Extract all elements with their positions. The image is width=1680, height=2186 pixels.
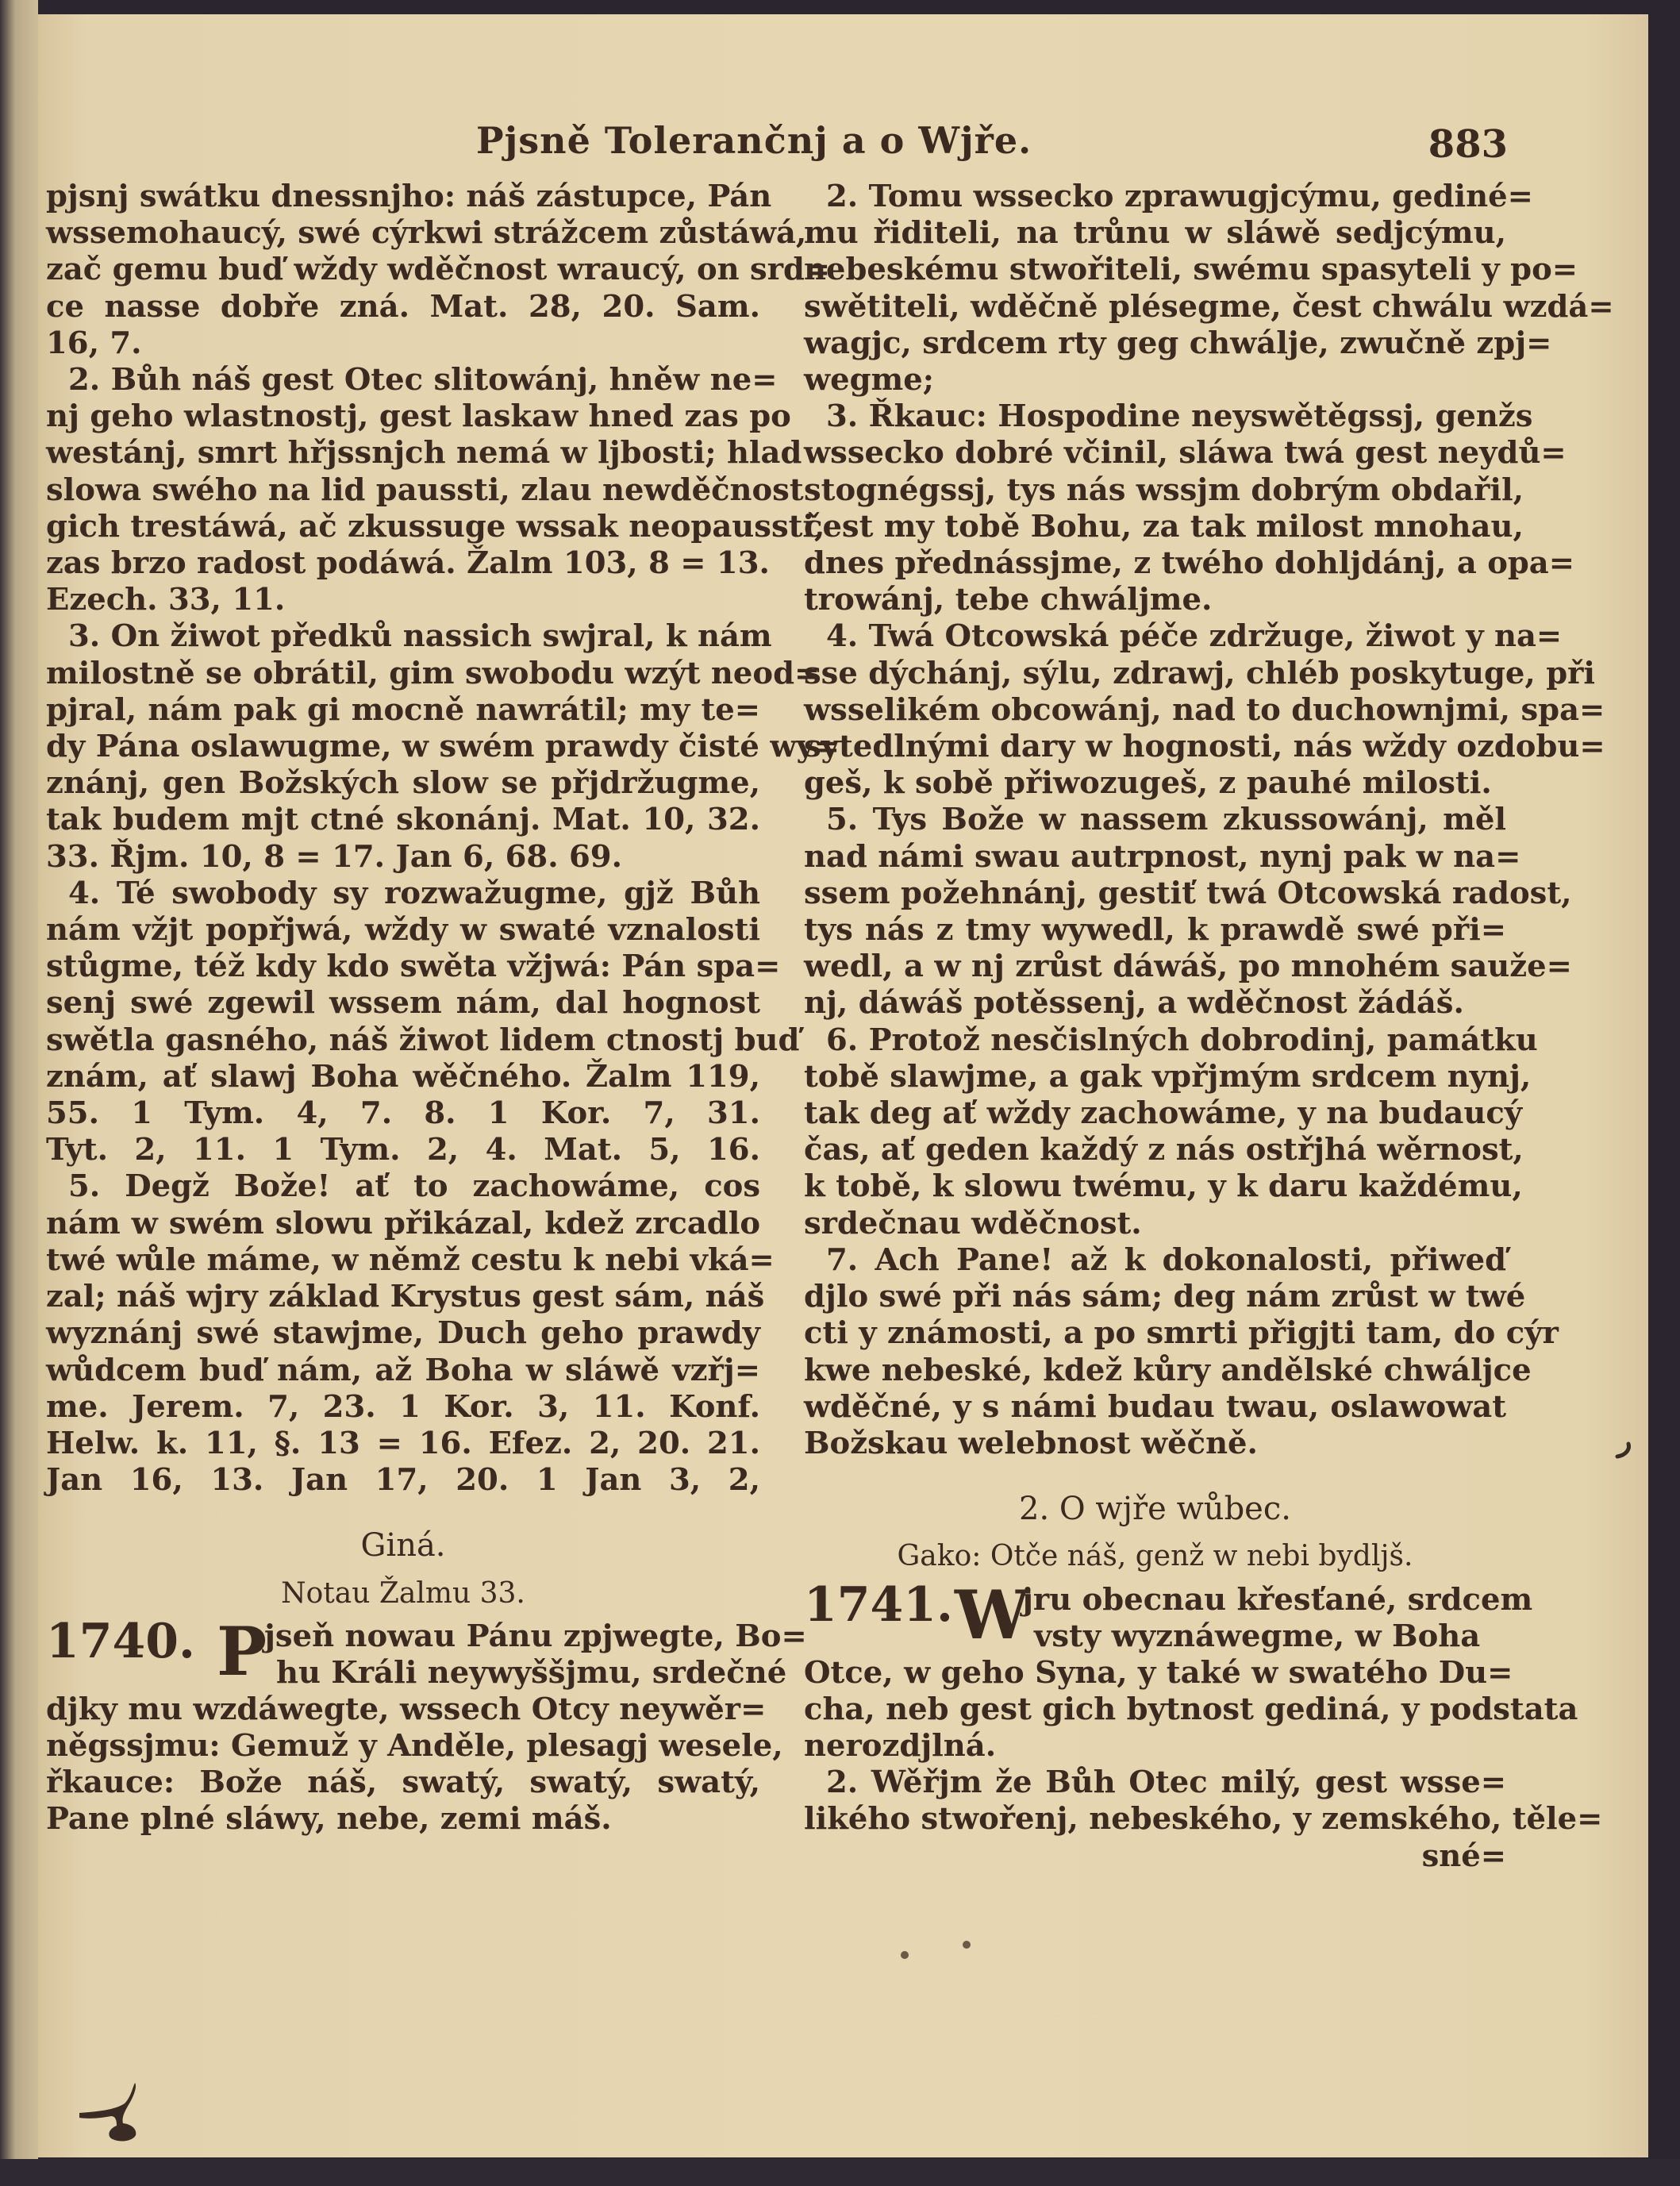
text-line: kwe nebeské, kdež kůry andělské chwáljce: [804, 1353, 1506, 1389]
hymn-number: 1740.: [46, 1623, 195, 1660]
text-line: vsty wyznáwegme, w Boha: [1034, 1618, 1506, 1655]
text-line: sse dýchánj, sýlu, zdrawj, chléb poskytu…: [804, 656, 1506, 692]
verse-4: 4. Té swobody sy rozwažugme, gjž Bůh nám…: [46, 876, 760, 1169]
text-line: 6. Protož nesčislných dobrodinj, památku: [804, 1022, 1506, 1059]
text-line: trowánj, tebe chwáljme.: [804, 582, 1506, 618]
text-line: tys nás z tmy wywedl, k prawdě swé při=: [804, 912, 1506, 949]
text-line: 55. 1 Tym. 4, 7. 8. 1 Kor. 7, 31.: [46, 1095, 760, 1132]
text-line: tak deg ať wždy zachowáme, y na budaucý: [804, 1095, 1506, 1132]
text-line: jseň nowau Pánu zpjwegte, Bo=: [264, 1618, 760, 1655]
verse-5: 5. Degž Bože! ať to zachowáme, cos nám w…: [46, 1168, 760, 1499]
text-line: dnes přednássjme, z twého dohljdánj, a o…: [804, 545, 1506, 582]
text-line: Tyt. 2, 11. 1 Tym. 2, 4. Mat. 5, 16.: [46, 1132, 760, 1168]
right-column: 2. Tomu wssecko zprawugjcýmu, gediné= mu…: [804, 179, 1506, 1875]
verse-6: 6. Protož nesčislných dobrodinj, památku…: [804, 1022, 1506, 1242]
ink-speck: [901, 1951, 909, 1959]
text-line: čas, ať geden každý z nás ostřjhá wěrnos…: [804, 1132, 1506, 1168]
text-line: westánj, smrt hřjssnjch nemá w ljbosti; …: [46, 435, 760, 471]
text-line: něgssjmu: Gemuž y Anděle, plesagj wesele…: [46, 1728, 760, 1765]
verse-2: 2. Tomu wssecko zprawugjcýmu, gediné= mu…: [804, 179, 1506, 398]
text-line: 2. Bůh náš gest Otec slitowánj, hněw ne=: [46, 362, 760, 398]
ink-speck: [963, 1941, 971, 1949]
text-line: Jan 16, 13. Jan 17, 20. 1 Jan 3, 2,: [46, 1462, 760, 1499]
text-line: dy Pána oslawugme, w swém prawdy čisté w…: [46, 729, 760, 765]
text-line: senj swé zgewil wssem nám, dal hognost: [46, 985, 760, 1022]
text-line: Helw. k. 11, §. 13 = 16. Efez. 2, 20. 21…: [46, 1426, 760, 1462]
text-line: wyznánj swé stawjme, Duch geho prawdy: [46, 1315, 760, 1352]
text-line: tak budem mjt ctné skonánj. Mat. 10, 32.: [46, 802, 760, 838]
section-title: Giná.: [46, 1527, 760, 1564]
ink-blot-mark: [75, 2080, 155, 2151]
text-line: pjsnj swátku dnessnjho: náš zástupce, Pá…: [46, 179, 760, 215]
text-line: mu řiditeli, na trůnu w sláwě sedjcýmu,: [804, 215, 1506, 252]
text-line: k tobě, k slowu twému, y k daru každému,: [804, 1168, 1506, 1205]
hymn-number: 1741.: [804, 1587, 953, 1623]
text-line: 3. Řkauc: Hospodine neyswětěgssj, genžs: [804, 398, 1506, 435]
text-line: 7. Ach Pane! až k dokonalosti, přiweď: [804, 1242, 1506, 1279]
text-line: swětiteli, wděčně plésegme, čest chwálu …: [804, 289, 1506, 325]
text-line: stůgme, též kdy kdo swěta vžjwá: Pán spa…: [46, 949, 760, 985]
verse-5: 5. Tys Bože w nassem zkussowánj, měl nad…: [804, 802, 1506, 1022]
tune-indication: Notau Žalmu 33.: [46, 1576, 760, 1612]
text-line: zas brzo radost podáwá. Žalm 103, 8 = 13…: [46, 545, 760, 582]
text-line: cha, neb gest gich bytnost gediná, y pod…: [804, 1691, 1506, 1728]
bottom-background-edge: [0, 2159, 1680, 2186]
text-line: wděčné, y s námi budau twau, oslawowat: [804, 1389, 1506, 1426]
text-line: 5. Tys Bože w nassem zkussowánj, měl: [804, 802, 1506, 838]
catchword: sné=: [804, 1838, 1506, 1875]
hymn-1741: 1741. W jru obecnau křesťané, srdcem vst…: [804, 1582, 1506, 1875]
page-header: Pjsně Tolerančnj a o Wjře. 883: [476, 119, 1508, 175]
text-line: wagjc, srdcem rty geg chwálje, zwučně zp…: [804, 325, 1506, 362]
text-line: wssemohaucý, swé cýrkwi strážcem zůstáwá…: [46, 215, 760, 252]
continuation-text: pjsnj swátku dnessnjho: náš zástupce, Pá…: [46, 179, 760, 362]
right-background-edge: [1648, 0, 1680, 2186]
drop-cap: W: [955, 1582, 1029, 1649]
text-line: twé wůle máme, w němž cestu k nebi vká=: [46, 1242, 760, 1279]
hymn-1740: 1740. P jseň nowau Pánu zpjwegte, Bo= hu…: [46, 1618, 760, 1838]
verse-3: 3. On žiwot předků nassich swjral, k nám…: [46, 618, 760, 875]
running-title: Pjsně Tolerančnj a o Wjře.: [476, 119, 1032, 162]
text-line: wssecko dobré včinil, sláwa twá gest ney…: [804, 435, 1506, 471]
verse-7: 7. Ach Pane! až k dokonalosti, přiweď dj…: [804, 1242, 1506, 1462]
pen-stroke-mark: [1611, 1441, 1635, 1464]
left-column: pjsnj swátku dnessnjho: náš zástupce, Pá…: [46, 179, 760, 1838]
text-line: zal; náš wjry základ Krystus gest sám, n…: [46, 1279, 760, 1315]
text-line: 3. On žiwot předků nassich swjral, k nám: [46, 618, 760, 655]
hymn-opening: 1741. W jru obecnau křesťané, srdcem vst…: [804, 1582, 1506, 1655]
text-line: swětla gasného, náš žiwot lidem ctnostj …: [46, 1022, 760, 1059]
section-title: 2. O wjře wůbec.: [804, 1491, 1506, 1527]
text-line: 16, 7.: [46, 325, 760, 362]
text-line: 5. Degž Bože! ať to zachowáme, cos: [46, 1168, 760, 1205]
text-line: nad námi swau autrpnost, nynj pak w na=: [804, 839, 1506, 876]
text-line: likého stwořenj, nebeského, y zemského, …: [804, 1801, 1506, 1838]
text-line: nám vžjt popřjwá, wždy w swaté vznalosti: [46, 912, 760, 949]
text-line: Ezech. 33, 11.: [46, 582, 760, 618]
text-line: nj geho wlastnostj, gest laskaw hned zas…: [46, 398, 760, 435]
text-line: djlo swé při nás sám; deg nám zrůst w tw…: [804, 1279, 1506, 1315]
text-line: 2. Wěřjm že Bůh Otec milý, gest wsse=: [804, 1765, 1506, 1801]
text-line: gich trestáwá, ač zkussuge wssak neopaus…: [46, 509, 760, 545]
text-line: cti y známosti, a po smrti přigjti tam, …: [804, 1315, 1506, 1352]
text-line: pjral, nám pak gi mocně nawrátil; my te=: [46, 692, 760, 729]
text-line: geš, k sobě přiwozugeš, z pauhé milosti.: [804, 765, 1506, 802]
tune-indication: Gako: Otče náš, genž w nebi bydljš.: [804, 1538, 1506, 1575]
text-line: 4. Twá Otcowská péče zdržuge, žiwot y na…: [804, 618, 1506, 655]
text-line: wedl, a w nj zrůst dáwáš, po mnohém sauž…: [804, 949, 1506, 985]
text-line: 33. Řjm. 10, 8 = 17. Jan 6, 68. 69.: [46, 839, 760, 876]
text-line: tobě slawjme, a gak vpřjmým srdcem nynj,: [804, 1059, 1506, 1095]
text-line: znánj, gen Božských slow se přjdržugme,: [46, 765, 760, 802]
text-line: djky mu wzdáwegte, wssech Otcy neywěr=: [46, 1691, 760, 1728]
text-line: wsselikém obcowánj, nad to duchownjmi, s…: [804, 692, 1506, 729]
text-line: 2. Tomu wssecko zprawugjcýmu, gediné=: [804, 179, 1506, 215]
text-line: hu Králi neywyššjmu, srdečné: [276, 1655, 760, 1691]
text-line: srdečnau wděčnost.: [804, 1206, 1506, 1242]
text-line: Otce, w geho Syna, y také w swatého Du=: [804, 1655, 1506, 1691]
text-line: zač gemu buď wždy wděčnost wraucý, on sr…: [46, 252, 760, 288]
text-line: nerozdjlná.: [804, 1728, 1506, 1765]
text-line: ce nasse dobře zná. Mat. 28, 20. Sam.: [46, 289, 760, 325]
text-line: milostně se obrátil, gim swobodu wzýt ne…: [46, 656, 760, 692]
drop-cap: P: [217, 1618, 267, 1685]
text-line: nj, dáwáš potěssenj, a wděčnost žádáš.: [804, 985, 1506, 1022]
text-line: ssem požehnánj, gestiť twá Otcowská rado…: [804, 876, 1506, 912]
text-line: jru obecnau křesťané, srdcem: [1022, 1582, 1506, 1618]
text-line: 4. Té swobody sy rozwažugme, gjž Bůh: [46, 876, 760, 912]
text-line: wegme;: [804, 362, 1506, 398]
text-line: sytedlnými dary w hognosti, nás wždy ozd…: [804, 729, 1506, 765]
hymn-opening: 1740. P jseň nowau Pánu zpjwegte, Bo= hu…: [46, 1618, 760, 1691]
text-line: slowa swého na lid paussti, zlau newděčn…: [46, 472, 760, 509]
text-line: řkauce: Bože náš, swatý, swatý, swatý,: [46, 1765, 760, 1801]
verse-3: 3. Řkauc: Hospodine neyswětěgssj, genžs …: [804, 398, 1506, 618]
text-line: znám, ať slawj Boha wěčného. Žalm 119,: [46, 1059, 760, 1095]
text-line: Pane plné sláwy, nebe, zemi máš.: [46, 1801, 760, 1838]
text-line: me. Jerem. 7, 23. 1 Kor. 3, 11. Konf.: [46, 1389, 760, 1426]
book-spine-shadow: [0, 0, 38, 2186]
text-line: wůdcem buď nám, až Boha w sláwě vzřj=: [46, 1353, 760, 1389]
text-line: stognégssj, tys nás wssjm dobrým obdařil…: [804, 472, 1506, 509]
verse-4: 4. Twá Otcowská péče zdržuge, žiwot y na…: [804, 618, 1506, 802]
text-line: čest my tobě Bohu, za tak milost mnohau,: [804, 509, 1506, 545]
text-line: nám w swém slowu přikázal, kdež zrcadlo: [46, 1206, 760, 1242]
verse-2: 2. Bůh náš gest Otec slitowánj, hněw ne=…: [46, 362, 760, 618]
page-number: 883: [1428, 122, 1508, 167]
text-line: nebeskému stwořiteli, swému spasyteli y …: [804, 252, 1506, 288]
text-line: Božskau welebnost wěčně.: [804, 1426, 1506, 1462]
